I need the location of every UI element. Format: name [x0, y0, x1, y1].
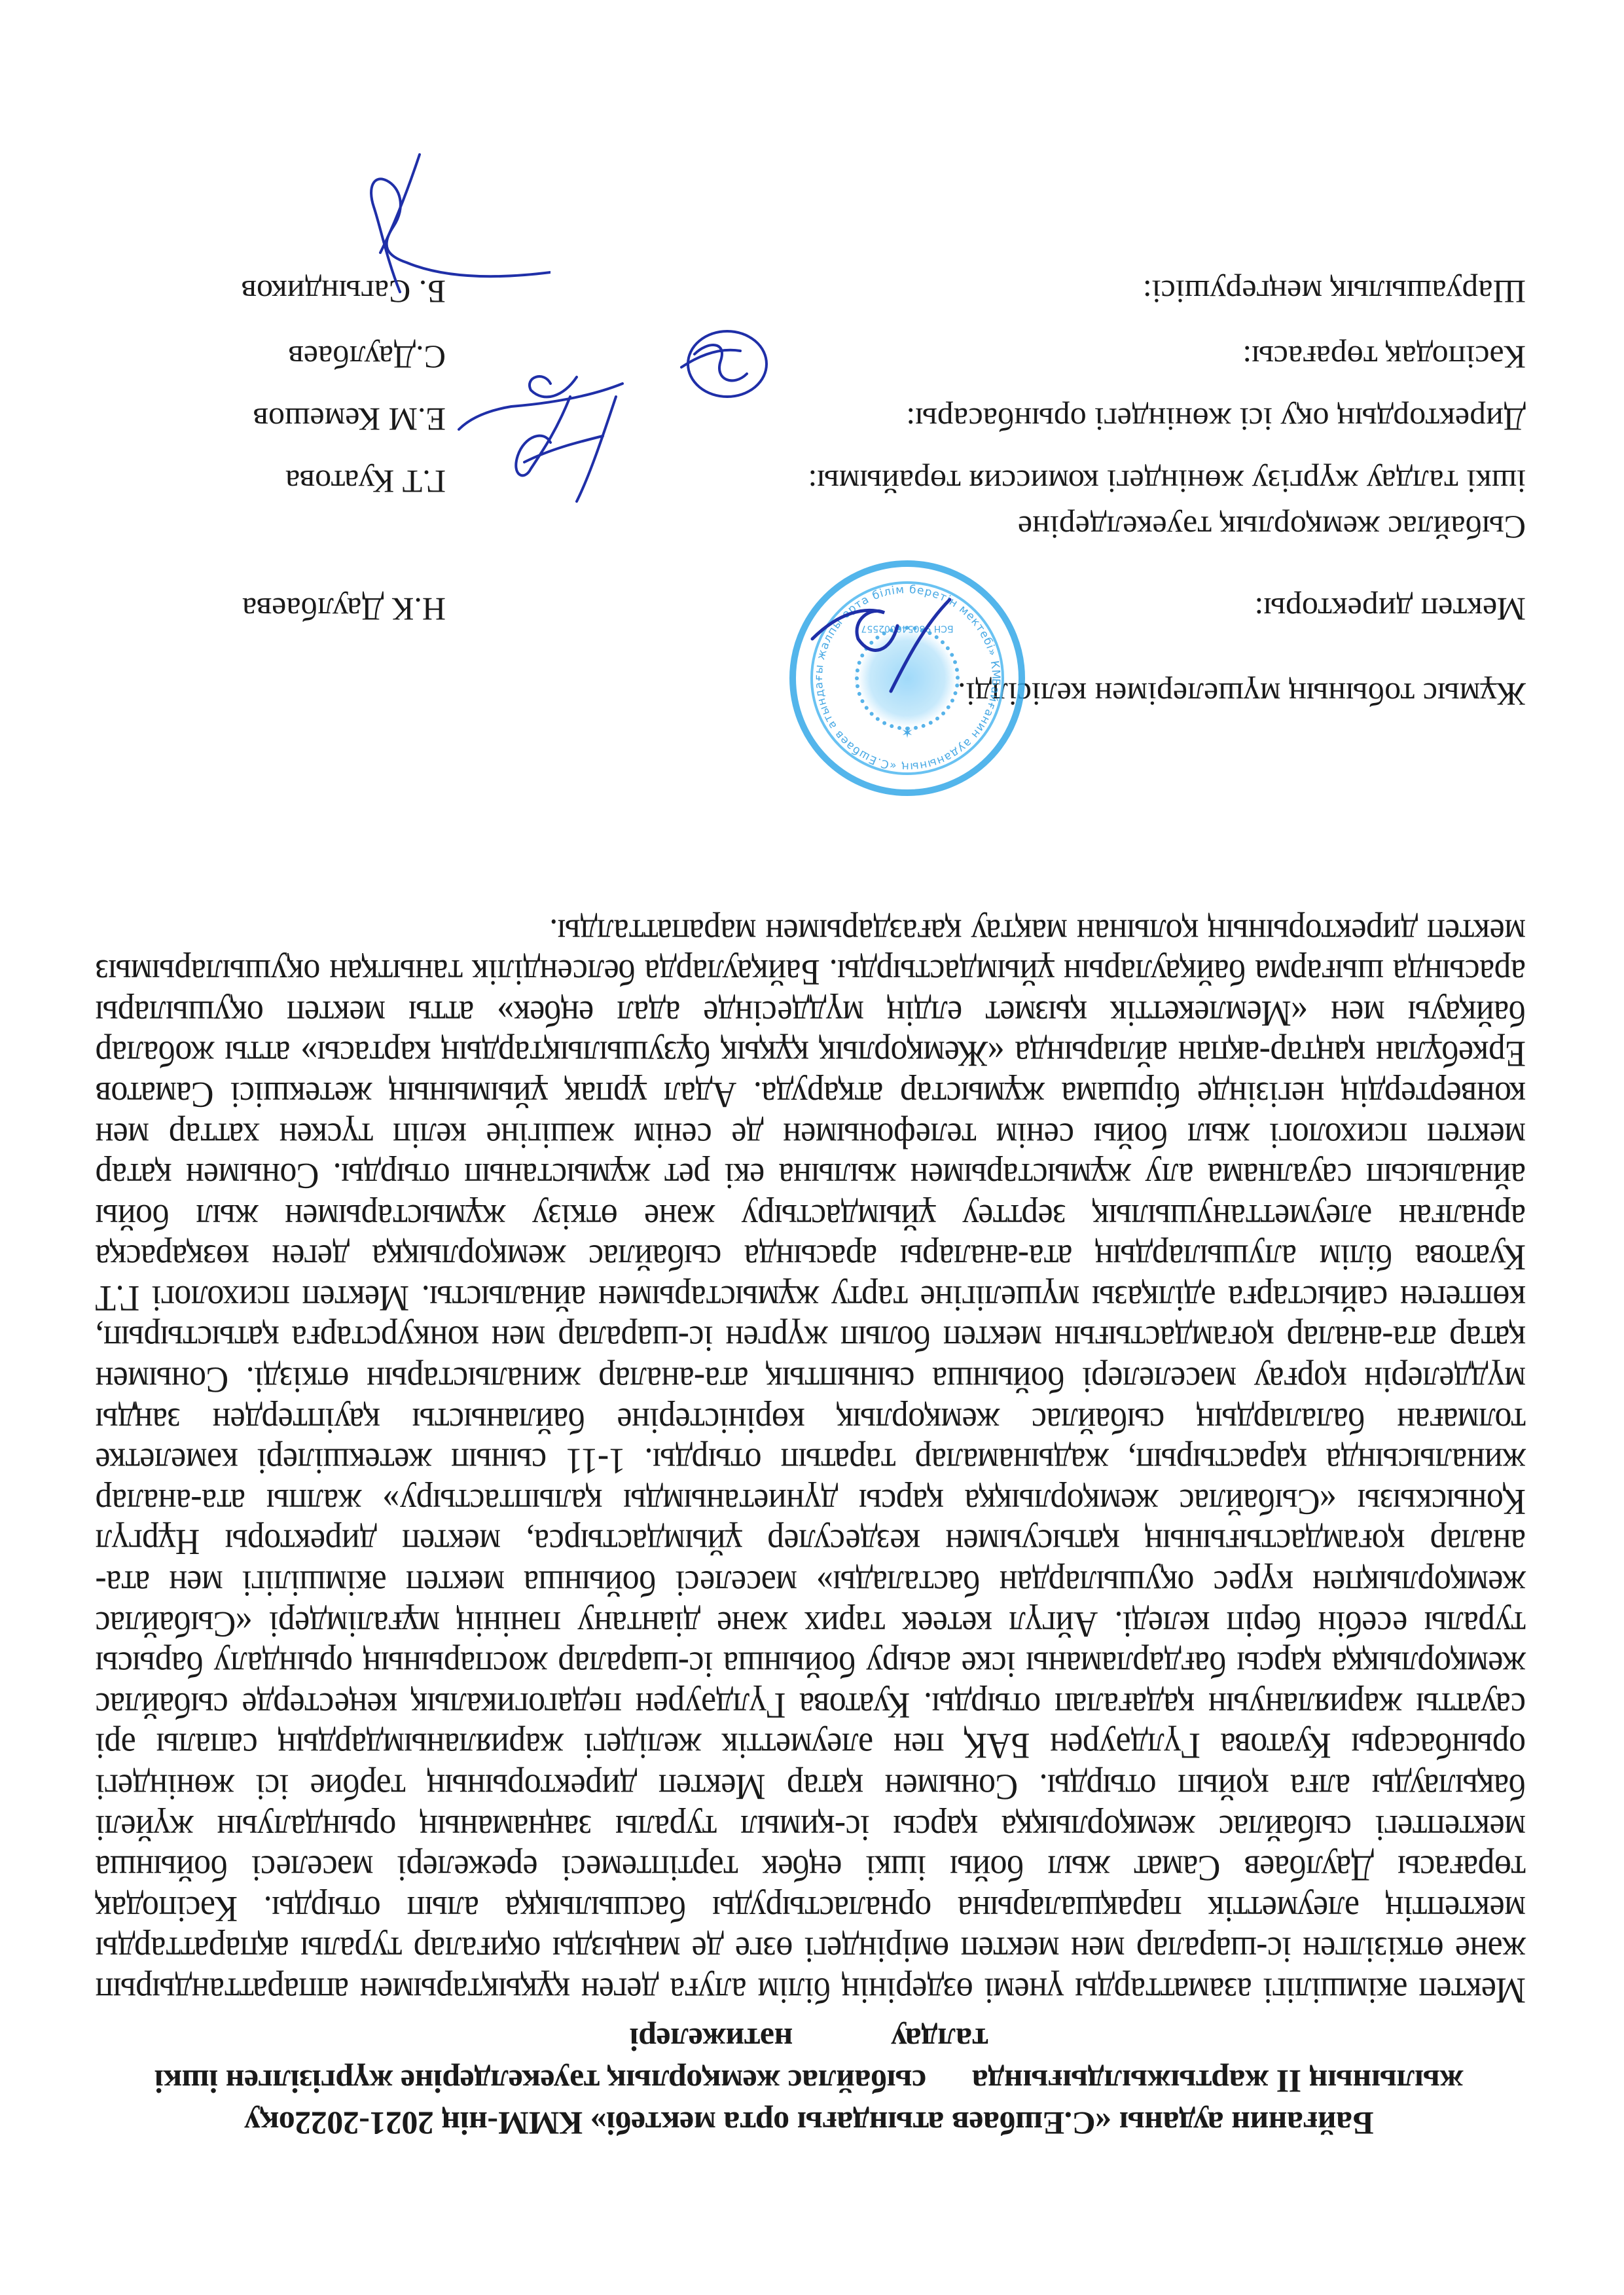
union-signature-icon	[649, 315, 780, 413]
title-line-2b: сыбайлас жемқорлық тәуекелдеріне жүргізі…	[154, 2063, 926, 2100]
svg-text:✶: ✶	[901, 723, 913, 740]
title-line-3a: талдау	[891, 2021, 988, 2058]
agreed-text: Жұмыс тобының мүшелерімен келісілді.	[958, 675, 1526, 714]
title-line-1: Байғанин ауданы «С.Ешбаев атындағы орта …	[105, 2103, 1513, 2144]
signatory-role: ішкі талдау жүргізу жөніндегі комиссия т…	[808, 462, 1526, 501]
title-line-2: жылының ІІ жартыжылдығындасыбайлас жемқо…	[105, 2061, 1513, 2103]
signatory-role: Директордың оқу ісі жөніндегі орынбасары…	[906, 400, 1526, 439]
signatory-name: Г.Т Куатова	[285, 462, 446, 501]
signatory-role: Сыбайлас жемқорлық тәуекелдеріне	[1018, 508, 1526, 547]
body-paragraph: Мектеп әкімшілігі азаматтарды үнемі өзде…	[96, 911, 1526, 2010]
signatory-name: Е.М Кемешов	[253, 400, 446, 439]
document-page: Байғанин ауданы «С.Ешбаев атындағы орта …	[0, 0, 1624, 2295]
director-signature-icon	[793, 560, 963, 704]
paragraph-1: Мектеп әкімшілігі азаматтарды үнемі өзде…	[96, 911, 1526, 2010]
document-title: Байғанин ауданы «С.Ешбаев атындағы орта …	[105, 2019, 1513, 2144]
signatory-role: Кәсіподақ төрағасы:	[1242, 338, 1526, 377]
signatory-name: С.Даулбаев	[288, 338, 446, 377]
title-line-3b: нәтижелері	[630, 2021, 793, 2058]
signatory-role: Шаруашылық меңгерушісі:	[1143, 272, 1526, 312]
signatory-role: Мектеп директоры:	[1254, 590, 1526, 629]
title-line-2a: жылының ІІ жартыжылдығында	[972, 2063, 1463, 2100]
deputy-signature-icon	[433, 357, 629, 443]
title-line-3: талдаунәтижелері	[105, 2019, 1513, 2061]
manager-signature-icon	[276, 141, 550, 298]
signatory-name: Н.К Даулбаева	[242, 590, 446, 629]
